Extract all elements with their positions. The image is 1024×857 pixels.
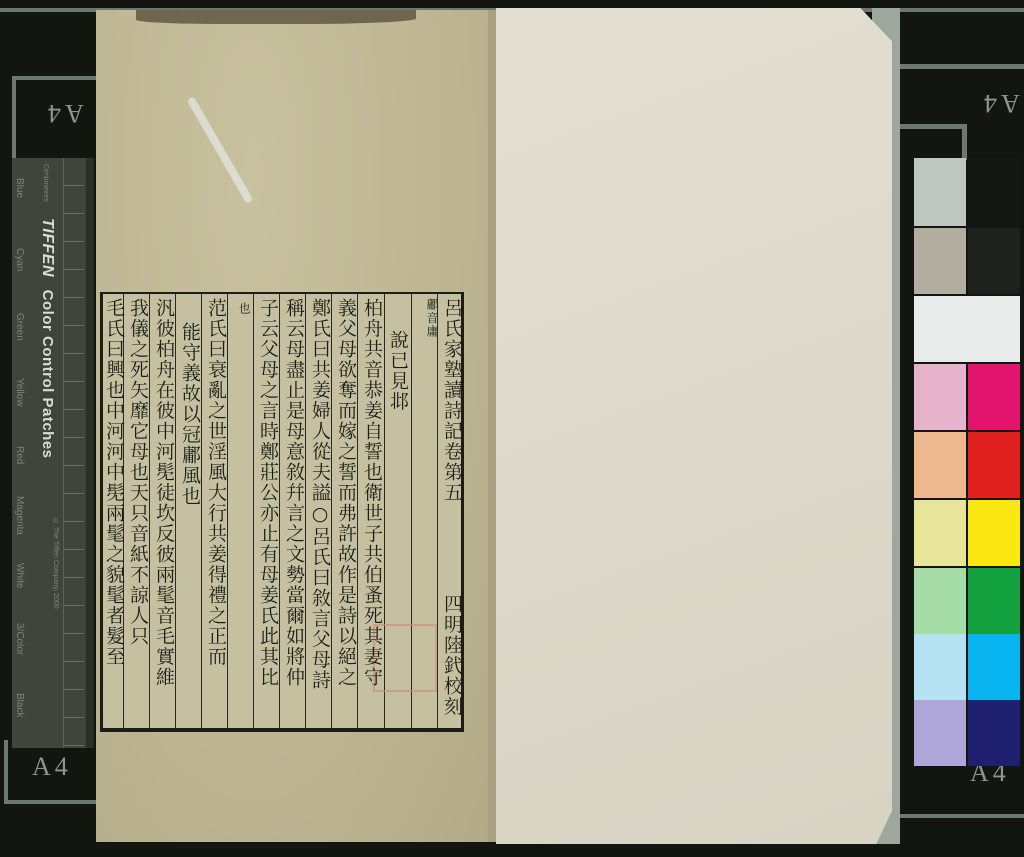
paper-scratch xyxy=(187,96,254,204)
column-rule xyxy=(331,294,332,728)
patch-light-yellow xyxy=(914,500,966,566)
a4-label-top-right: A4 xyxy=(980,88,1020,118)
patch-light-green xyxy=(914,568,966,634)
column-text: 汎彼柏舟在彼中河髧徒坎反彼兩髦音毛實維 xyxy=(153,298,175,688)
column-text: 子云父母之言時鄭莊公亦止有母姜氏此其比 xyxy=(257,298,279,688)
patch-red xyxy=(968,432,1020,498)
column-rule xyxy=(149,294,150,728)
column-rule xyxy=(201,294,202,728)
column-text: 說已見邶 xyxy=(387,330,409,412)
frame-line-right-box-side xyxy=(962,124,967,160)
column-text: 毛氏曰興也中河河中髧兩髦之貌髦者髮至 xyxy=(103,298,125,667)
tiffen-color-strip: Blue Cyan Green Yellow Red Magenta White… xyxy=(12,158,94,748)
column-text: 能守義故以冠鄘風也 xyxy=(179,322,201,507)
text-column: 鄘音庸 xyxy=(421,298,443,724)
color-name-3color: 3/Color xyxy=(14,623,25,655)
color-name-black: Black xyxy=(14,693,25,717)
woodblock-text-block: 呂氏家塾讀詩記卷第五 四明陸釴校刻 鄘音庸 說已見邶 柏舟共音恭姜自誓也衛世子共… xyxy=(100,292,464,732)
patch-light-cyan xyxy=(914,634,966,700)
patch-yellow xyxy=(968,500,1020,566)
text-column: 汎彼柏舟在彼中河髧徒坎反彼兩髦音毛實維 xyxy=(153,298,175,724)
copyright-text: © The Tiffen Company, 2000 xyxy=(52,518,59,609)
text-column: 稱云母盡止是母意敘幷言之文勢當爾如將仲 xyxy=(283,298,305,724)
column-rule xyxy=(357,294,358,728)
a4-label-bottom-left: A4 xyxy=(32,752,72,782)
color-name-red: Red xyxy=(14,446,25,464)
text-column: 柏舟共音恭姜自誓也衛世子共伯蚤死其妻守 xyxy=(361,298,383,724)
brand-column: Centimetres TIFFEN Color Control Patches… xyxy=(38,158,64,748)
a4-label-top-left: A4 xyxy=(44,98,84,128)
column-text: 義父母欲奪而嫁之誓而弗許故作是詩以絕之 xyxy=(335,298,357,688)
text-column: 也 xyxy=(233,302,255,724)
frame-line-right-mid xyxy=(898,64,1024,69)
units-label: Centimetres xyxy=(42,164,49,202)
text-column: 我儀之死矢靡它母也天只音紙不諒人只 xyxy=(127,298,149,724)
tiffen-title: TIFFEN Color Control Patches xyxy=(38,218,56,459)
column-text: 柏舟共音恭姜自誓也衛世子共伯蚤死其妻守 xyxy=(361,298,383,688)
patch-magenta xyxy=(968,364,1020,430)
page-tear xyxy=(136,10,416,24)
frame-line-left-bottom xyxy=(6,800,96,804)
text-column: 子云父母之言時鄭莊公亦止有母姜氏此其比 xyxy=(257,298,279,724)
book-title: 呂氏家塾讀詩記卷第五 xyxy=(441,298,463,503)
column-text: 稱云母盡止是母意敘幷言之文勢當爾如將仲 xyxy=(283,298,305,688)
color-name-green: Green xyxy=(14,313,25,341)
text-column: 說已見邶 xyxy=(387,330,409,724)
frame-line-left-a4 xyxy=(12,78,16,163)
color-name-magenta: Magenta xyxy=(14,496,25,535)
right-book-page-blank xyxy=(496,8,892,844)
text-column: 義父母欲奪而嫁之誓而弗許故作是詩以絕之 xyxy=(335,298,357,724)
patch-light-orange xyxy=(914,432,966,498)
strip-title: Color Control Patches xyxy=(39,290,56,459)
patch-light-pink xyxy=(914,364,966,430)
color-name-column: Blue Cyan Green Yellow Red Magenta White… xyxy=(14,168,34,758)
patch-lavender xyxy=(914,700,966,766)
patch-cyan xyxy=(968,634,1020,700)
column-rule xyxy=(175,294,176,728)
column-text: 鄭氏曰共姜婦人從夫謚○呂氏曰敘言父母詩 xyxy=(309,298,331,691)
patch-black-top xyxy=(968,158,1020,226)
text-column: 能守義故以冠鄘風也 xyxy=(179,322,201,724)
patch-white xyxy=(914,296,1020,362)
color-name-yellow: Yellow xyxy=(14,378,25,407)
column-rule xyxy=(279,294,280,728)
text-column: 范氏曰衰亂之世淫風大行共姜得禮之正而 xyxy=(205,298,227,724)
text-column: 鄭氏曰共姜婦人從夫謚○呂氏曰敘言父母詩 xyxy=(309,298,331,724)
editor-credit: 四明陸釴校刻 xyxy=(441,594,463,717)
tiffen-logo: TIFFEN xyxy=(38,218,56,277)
centimetre-ruler xyxy=(63,158,84,748)
frame-line-left-a4-top xyxy=(12,76,96,80)
book-spine xyxy=(488,10,496,842)
color-name-white: White xyxy=(14,563,25,589)
frame-line-left-side xyxy=(4,740,8,804)
color-patch-chart xyxy=(914,158,1020,766)
patch-mid-gray xyxy=(914,228,966,294)
color-name-blue: Blue xyxy=(14,178,25,198)
column-rule xyxy=(227,294,228,728)
column-text: 我儀之死矢靡它母也天只音紙不諒人只 xyxy=(127,298,149,647)
patch-dark-gray xyxy=(968,228,1020,294)
patch-light-gray xyxy=(914,158,966,226)
patch-green xyxy=(968,568,1020,634)
column-text: 鄘音庸 xyxy=(425,298,439,339)
frame-line-right-box-top xyxy=(898,124,966,129)
column-rule xyxy=(305,294,306,728)
column-text: 也 xyxy=(237,302,251,316)
column-text: 范氏曰衰亂之世淫風大行共姜得禮之正而 xyxy=(205,298,227,667)
text-column: 毛氏曰興也中河河中髧兩髦之貌髦者髮至 xyxy=(103,298,125,724)
color-name-cyan: Cyan xyxy=(14,248,25,271)
patch-navy xyxy=(968,700,1020,766)
frame-line-right-bottom xyxy=(898,814,1024,818)
